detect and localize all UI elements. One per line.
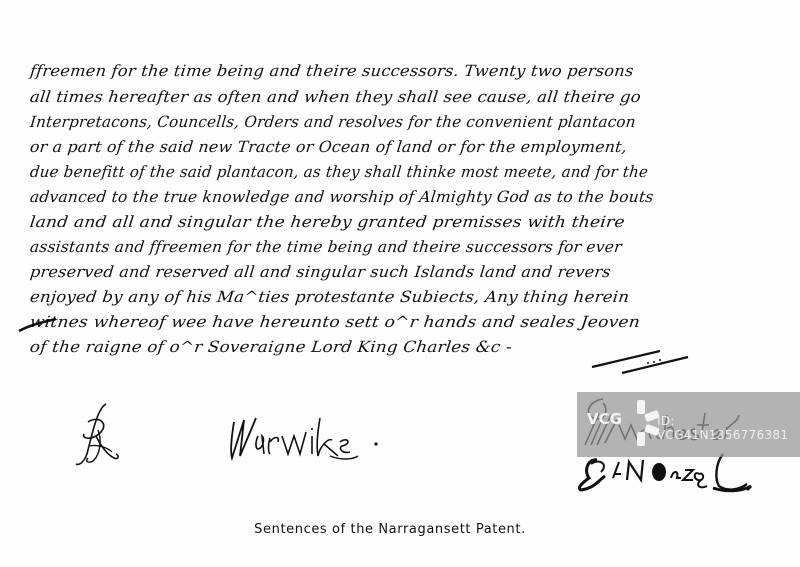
handwriting-line-2: all times hereafter as often and when th… — [29, 88, 642, 106]
handwriting-line-4: or a part of the said new Tracte or Ocea… — [29, 138, 628, 156]
handwriting-line-6: advanced to the true knowledge and worsh… — [29, 188, 654, 206]
handwriting-line-12: of the raigne of o^r Soveraigne Lord Kin… — [29, 338, 513, 356]
margin-flourish — [18, 313, 58, 333]
watermark-overlay: VCG ID: VCG41N1356776381 — [577, 392, 800, 457]
handwriting-line-8: assistants and ffreemen for the time bei… — [29, 238, 623, 256]
watermark-logo: VCG — [587, 410, 622, 428]
signature-warwicke: Warwicke — [228, 410, 388, 470]
handwriting-line-7: land and all and singular the hereby gra… — [29, 213, 626, 231]
handwriting-line-9: preserved and reserved all and singular … — [29, 263, 612, 281]
watermark-id: ID: VCG41N1356776381 — [657, 414, 800, 442]
handwriting-line-10: enjoyed by any of his Ma^ties protestant… — [29, 288, 630, 306]
handwriting-line-5: due benefitt of the said plantacon, as t… — [29, 163, 649, 181]
document-page: ffreemen for the time being and theire s… — [0, 0, 800, 567]
watermark-star-icon — [621, 398, 661, 448]
handwriting-line-1: ffreemen for the time being and theire s… — [29, 62, 635, 80]
handwriting-line-11: witnes whereof wee have hereunto sett o^… — [29, 313, 641, 331]
handwriting-line-3: Interpretacons, Councells, Orders and re… — [29, 113, 637, 131]
document-caption: Sentences of the Narragansett Patent. — [0, 522, 780, 537]
end-flourish — [590, 345, 700, 375]
signature-monogram: RL monogram — [68, 400, 123, 470]
